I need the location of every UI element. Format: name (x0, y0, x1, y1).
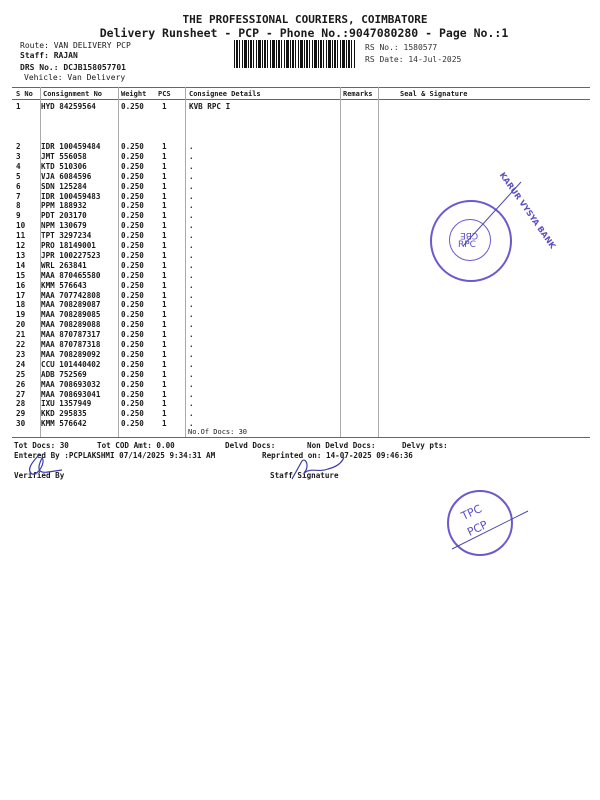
company-title: THE PROFESSIONAL COURIERS, COIMBATORE (0, 13, 600, 26)
row-weight: 0.250 (121, 152, 144, 161)
row-consignee: . (189, 340, 194, 349)
row-weight: 0.250 (121, 172, 144, 181)
row-consignment-no: SDN 125284 (41, 182, 87, 191)
route-label: Route: VAN DELIVERY PCP (20, 41, 131, 50)
row-consignee: . (189, 231, 194, 240)
row-sno: 15 (16, 271, 25, 280)
row-sno: 12 (16, 241, 25, 250)
row-weight: 0.250 (121, 162, 144, 171)
rs-date: RS Date: 14-Jul-2025 (365, 55, 461, 64)
row-weight: 0.250 (121, 370, 144, 379)
row-consignment-no: PRO 18149001 (41, 241, 96, 250)
drs-number: DRS No.: DCJB158057701 (20, 63, 126, 72)
row-consignment-no: VJA 6084596 (41, 172, 91, 181)
row-sno: 7 (16, 192, 21, 201)
row-sno: 3 (16, 152, 21, 161)
row-consignee: . (189, 300, 194, 309)
row-consignee: . (189, 409, 194, 418)
row-consignee: . (189, 360, 194, 369)
row-sno: 18 (16, 300, 25, 309)
tpc-signature-icon (450, 505, 530, 555)
row-weight: 0.250 (121, 201, 144, 210)
row-consignment-no: JPR 100227523 (41, 251, 100, 260)
row-consignee: . (189, 310, 194, 319)
row-pcs: 1 (162, 360, 167, 369)
row-pcs: 1 (162, 271, 167, 280)
row-weight: 0.250 (121, 182, 144, 191)
row-consignment-no: HYD 84259564 (41, 102, 96, 111)
row-pcs: 1 (162, 201, 167, 210)
row-sno: 29 (16, 409, 25, 418)
row-weight: 0.250 (121, 251, 144, 260)
col-header-remarks: Remarks (343, 90, 373, 98)
row-weight: 0.250 (121, 399, 144, 408)
verified-signature-icon (18, 452, 68, 482)
table-bottom-border (12, 437, 590, 438)
row-sno: 9 (16, 211, 21, 220)
row-consignment-no: ADB 752569 (41, 370, 87, 379)
row-consignee: . (189, 380, 194, 389)
row-sno: 4 (16, 162, 21, 171)
row-weight: 0.250 (121, 310, 144, 319)
row-sno: 10 (16, 221, 25, 230)
table-top-border (12, 87, 590, 88)
row-consignee: . (189, 201, 194, 210)
row-weight: 0.250 (121, 142, 144, 151)
col-divider (185, 87, 186, 437)
row-consignment-no: NPM 130679 (41, 221, 87, 230)
tot-docs: Tot Docs: 30 (14, 441, 69, 450)
row-consignee: . (189, 152, 194, 161)
row-pcs: 1 (162, 340, 167, 349)
row-pcs: 1 (162, 261, 167, 270)
row-pcs: 1 (162, 162, 167, 171)
col-divider (378, 87, 379, 437)
row-pcs: 1 (162, 419, 167, 428)
row-sno: 28 (16, 399, 25, 408)
row-pcs: 1 (162, 152, 167, 161)
row-sno: 6 (16, 182, 21, 191)
row-weight: 0.250 (121, 360, 144, 369)
row-consignment-no: MAA 708289092 (41, 350, 100, 359)
row-sno: 5 (16, 172, 21, 181)
delvy-pts: Delvy pts: (402, 441, 448, 450)
col-header-pcs: PCS (158, 90, 171, 98)
row-sno: 23 (16, 350, 25, 359)
row-consignee: . (189, 241, 194, 250)
row-sno: 11 (16, 231, 25, 240)
row-weight: 0.250 (121, 221, 144, 230)
row-consignee: . (189, 350, 194, 359)
row-sno: 17 (16, 291, 25, 300)
row-consignee: . (189, 399, 194, 408)
row-pcs: 1 (162, 390, 167, 399)
row-sno: 19 (16, 310, 25, 319)
row-sno: 22 (16, 340, 25, 349)
row-weight: 0.250 (121, 300, 144, 309)
row-consignee: . (189, 320, 194, 329)
table-header-border (12, 99, 590, 100)
row-weight: 0.250 (121, 281, 144, 290)
no-of-docs: No.Of Docs: 30 (188, 428, 247, 436)
row-weight: 0.250 (121, 231, 144, 240)
col-divider (118, 87, 119, 437)
row-consignee: . (189, 330, 194, 339)
row-sno: 8 (16, 201, 21, 210)
row-consignment-no: IDR 100459483 (41, 192, 100, 201)
row-consignee: . (189, 261, 194, 270)
row-pcs: 1 (162, 172, 167, 181)
row-pcs: 1 (162, 241, 167, 250)
row-consignment-no: MAA 870787318 (41, 340, 100, 349)
row-pcs: 1 (162, 291, 167, 300)
row-pcs: 1 (162, 102, 167, 111)
staff-signature-icon (288, 455, 348, 483)
row-pcs: 1 (162, 211, 167, 220)
row-consignment-no: JMT 556058 (41, 152, 87, 161)
row-consignment-no: KTD 510306 (41, 162, 87, 171)
runsheet-title: Delivery Runsheet - PCP - Phone No.:9047… (0, 26, 600, 40)
rs-number: RS No.: 1580577 (365, 43, 437, 52)
row-weight: 0.250 (121, 409, 144, 418)
staff-label: Staff: RAJAN (20, 51, 78, 60)
row-sno: 27 (16, 390, 25, 399)
row-consignee: . (189, 281, 194, 290)
row-pcs: 1 (162, 380, 167, 389)
row-weight: 0.250 (121, 380, 144, 389)
col-header-seal: Seal & Signature (400, 90, 467, 98)
row-pcs: 1 (162, 182, 167, 191)
row-consignment-no: KMM 576642 (41, 419, 87, 428)
row-sno: 2 (16, 142, 21, 151)
row-pcs: 1 (162, 409, 167, 418)
row-pcs: 1 (162, 192, 167, 201)
row-pcs: 1 (162, 370, 167, 379)
row-weight: 0.250 (121, 102, 144, 111)
vehicle-label: Vehicle: Van Delivery (24, 73, 125, 82)
row-consignment-no: MAA 708289087 (41, 300, 100, 309)
non-delvd-docs: Non Delvd Docs: (307, 441, 376, 450)
row-consignment-no: MAA 870465580 (41, 271, 100, 280)
row-consignee: . (189, 192, 194, 201)
row-weight: 0.250 (121, 340, 144, 349)
col-divider (340, 87, 341, 437)
row-consignment-no: MAA 708289088 (41, 320, 100, 329)
row-consignment-no: PDT 203170 (41, 211, 87, 220)
row-consignee: . (189, 172, 194, 181)
row-weight: 0.250 (121, 291, 144, 300)
row-consignee: . (189, 211, 194, 220)
row-weight: 0.250 (121, 320, 144, 329)
row-weight: 0.250 (121, 192, 144, 201)
row-sno: 14 (16, 261, 25, 270)
row-sno: 13 (16, 251, 25, 260)
row-pcs: 1 (162, 281, 167, 290)
row-consignee: KVB RPC I (189, 102, 230, 111)
row-sno: 25 (16, 370, 25, 379)
tot-cod-amt: Tot COD Amt: 0.00 (97, 441, 175, 450)
row-pcs: 1 (162, 142, 167, 151)
row-consignment-no: MAA 707742808 (41, 291, 100, 300)
row-consignee: . (189, 251, 194, 260)
row-sno: 24 (16, 360, 25, 369)
row-consignment-no: MAA 870787317 (41, 330, 100, 339)
row-pcs: 1 (162, 330, 167, 339)
row-weight: 0.250 (121, 241, 144, 250)
row-consignment-no: MAA 708289085 (41, 310, 100, 319)
row-sno: 30 (16, 419, 25, 428)
row-consignment-no: KMM 576643 (41, 281, 87, 290)
row-consignee: . (189, 271, 194, 280)
row-consignment-no: MAA 708693032 (41, 380, 100, 389)
row-consignee: . (189, 142, 194, 151)
row-consignee: . (189, 182, 194, 191)
row-pcs: 1 (162, 231, 167, 240)
row-consignment-no: IDR 100459484 (41, 142, 100, 151)
row-weight: 0.250 (121, 419, 144, 428)
col-header-consignment: Consignment No (43, 90, 102, 98)
row-consignee: . (189, 162, 194, 171)
row-sno: 26 (16, 380, 25, 389)
barcode (234, 40, 356, 68)
row-pcs: 1 (162, 310, 167, 319)
row-pcs: 1 (162, 251, 167, 260)
row-pcs: 1 (162, 221, 167, 230)
col-header-weight: Weight (121, 90, 146, 98)
row-consignee: . (189, 370, 194, 379)
delvd-docs: Delvd Docs: (225, 441, 275, 450)
row-consignment-no: PPM 188932 (41, 201, 87, 210)
row-weight: 0.250 (121, 350, 144, 359)
col-header-sno: S No (16, 90, 33, 98)
row-weight: 0.250 (121, 211, 144, 220)
row-consignee: . (189, 291, 194, 300)
row-consignee: . (189, 390, 194, 399)
row-sno: 1 (16, 102, 21, 111)
row-weight: 0.250 (121, 271, 144, 280)
seal-signature-icon (455, 180, 525, 250)
row-weight: 0.250 (121, 390, 144, 399)
row-sno: 20 (16, 320, 25, 329)
row-consignee: . (189, 419, 194, 428)
row-pcs: 1 (162, 300, 167, 309)
row-consignment-no: IXU 1357949 (41, 399, 91, 408)
row-consignee: . (189, 221, 194, 230)
row-consignment-no: MAA 708693041 (41, 390, 100, 399)
row-pcs: 1 (162, 320, 167, 329)
row-weight: 0.250 (121, 261, 144, 270)
row-pcs: 1 (162, 399, 167, 408)
row-consignment-no: CCU 101440402 (41, 360, 100, 369)
row-consignment-no: KKD 295835 (41, 409, 87, 418)
row-consignment-no: TPT 3297234 (41, 231, 91, 240)
row-pcs: 1 (162, 350, 167, 359)
row-consignment-no: WRL 263841 (41, 261, 87, 270)
row-weight: 0.250 (121, 330, 144, 339)
row-sno: 16 (16, 281, 25, 290)
col-header-consignee: Consignee Details (189, 90, 261, 98)
row-sno: 21 (16, 330, 25, 339)
